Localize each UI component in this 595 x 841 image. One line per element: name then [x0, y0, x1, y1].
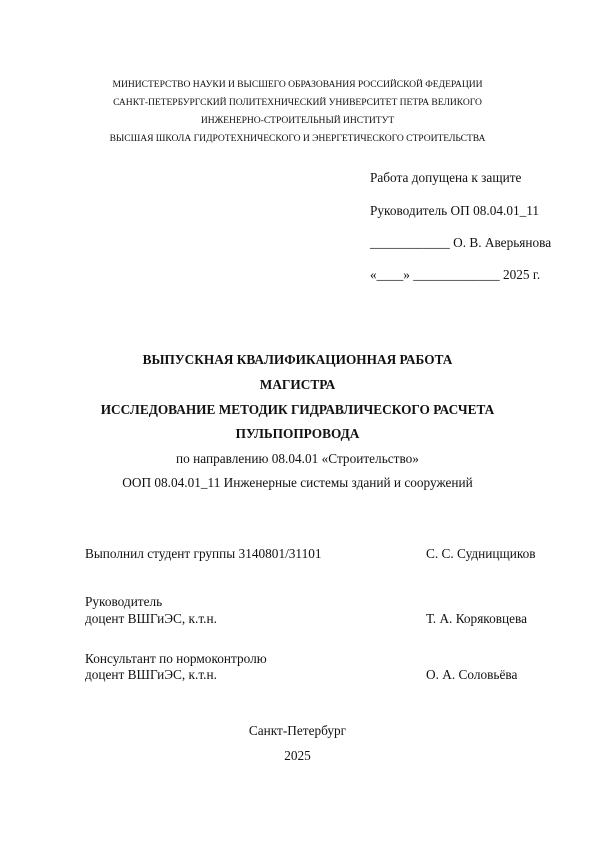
supervisor-name: Т. А. Коряковцева [426, 611, 527, 627]
institute-line: ИНЖЕНЕРНО-СТРОИТЕЛЬНЫЙ ИНСТИТУТ [0, 115, 595, 127]
work-type-line2: МАГИСТРА [0, 377, 595, 393]
program-supervisor-signature: ____________ О. В. Аверьянова [370, 235, 551, 251]
admitted-text: Работа допущена к защите [370, 170, 521, 186]
normcontrol-position: доцент ВШГиЭС, к.т.н. [85, 667, 217, 683]
year: 2025 [0, 748, 595, 764]
program-line: ООП 08.04.01_11 Инженерные системы здани… [0, 475, 595, 491]
work-type-line1: ВЫПУСКНАЯ КВАЛИФИКАЦИОННАЯ РАБОТА [0, 352, 595, 368]
normcontrol-label: Консультант по нормоконтролю [85, 651, 267, 667]
program-supervisor-title: Руководитель ОП 08.04.01_11 [370, 203, 539, 219]
topic-line2: ПУЛЬПОПРОВОДА [0, 426, 595, 442]
ministry-line: МИНИСТЕРСТВО НАУКИ И ВЫСШЕГО ОБРАЗОВАНИЯ… [0, 79, 595, 91]
topic-line1: ИССЛЕДОВАНИЕ МЕТОДИК ГИДРАВЛИЧЕСКОГО РАС… [0, 402, 595, 418]
title-page: МИНИСТЕРСТВО НАУКИ И ВЫСШЕГО ОБРАЗОВАНИЯ… [0, 0, 595, 841]
supervisor-position: доцент ВШГиЭС, к.т.н. [85, 611, 217, 627]
approval-date: «____» _____________ 2025 г. [370, 267, 540, 283]
student-name: С. С. Судницщиков [426, 546, 536, 562]
university-line: САНКТ-ПЕТЕРБУРГСКИЙ ПОЛИТЕХНИЧЕСКИЙ УНИВ… [0, 97, 595, 109]
city: Санкт-Петербург [0, 723, 595, 739]
school-line: ВЫСШАЯ ШКОЛА ГИДРОТЕХНИЧЕСКОГО И ЭНЕРГЕТ… [0, 133, 595, 145]
supervisor-label: Руководитель [85, 594, 162, 610]
student-label: Выполнил студент группы 3140801/31101 [85, 546, 322, 562]
direction-line: по направлению 08.04.01 «Строительство» [0, 451, 595, 467]
normcontrol-name: О. А. Соловьёва [426, 667, 517, 683]
